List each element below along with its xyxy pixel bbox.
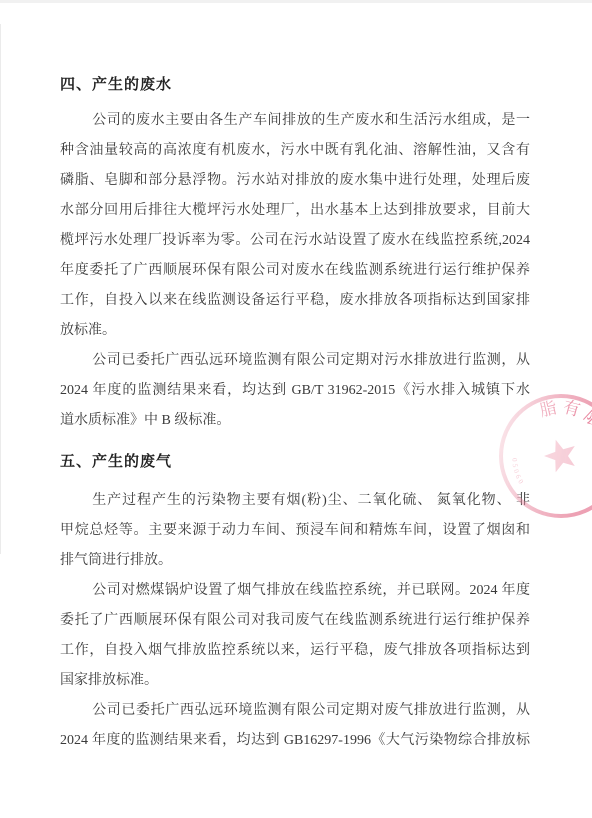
text-line: 种含油量较高的高浓度有机废水，污水中既有乳化油、溶解性油，又含有 <box>60 136 530 166</box>
document-page: 四、产生的废水 公司的废水主要由各生产车间排放的生产废水和生活污水组成，是一 种… <box>0 0 592 818</box>
paragraph-gas-1: 生产过程产生的污染物主要有烟(粉)尘、二氧化硫、 氮氧化物、 非 甲烷总烃等。主… <box>60 486 530 576</box>
paragraph-gas-2: 公司对燃煤锅炉设置了烟气排放在线监控系统，并已联网。2024 年度 委托了广西顺… <box>60 576 530 696</box>
text-line: 工作，自投入以来在线监测设备运行平稳，废水排放各项指标达到国家排 <box>60 286 530 316</box>
text-line: 甲烷总烃等。主要来源于动力车间、预浸车间和精炼车间，设置了烟囱和 <box>60 516 530 546</box>
paragraph-wastewater-1: 公司的废水主要由各生产车间排放的生产废水和生活污水组成，是一 种含油量较高的高浓… <box>60 106 530 346</box>
text-line: 磷脂、皂脚和部分悬浮物。污水站对排放的废水集中进行处理，处理后废 <box>60 166 530 196</box>
seal-company-text: 脂有限公司 <box>531 391 592 485</box>
text-line: 国家排放标准。 <box>60 666 530 696</box>
text-line: 工作，自投入烟气排放监控系统以来，运行平稳，废气排放各项指标达到 <box>60 636 530 666</box>
text-line: 水部分回用后排往大榄坪污水处理厂，出水基本上达到排放要求，目前大 <box>60 196 530 226</box>
company-seal: 脂有限公司 05060 <box>496 391 592 521</box>
text-line: 放标准。 <box>60 316 530 346</box>
paragraph-wastewater-2: 公司已委托广西弘远环境监测有限公司定期对污水排放进行监测，从 2024 年度的监… <box>60 346 530 436</box>
section-heading-exhaust-gas: 五、产生的废气 <box>60 447 530 477</box>
scan-artifact-left-edge <box>0 24 1 554</box>
paragraph-gas-3: 公司已委托广西弘远环境监测有限公司定期对废气排放进行监测，从 2024 年度的监… <box>60 696 530 756</box>
text-line: 公司的废水主要由各生产车间排放的生产废水和生活污水组成，是一 <box>60 106 530 136</box>
text-line: 排气筒进行排放。 <box>60 546 530 576</box>
text-line: 2024 年度的监测结果来看，均达到 GB/T 31962-2015《污水排入城… <box>60 376 530 406</box>
text-line: 公司已委托广西弘远环境监测有限公司定期对废气排放进行监测，从 <box>60 696 530 726</box>
document-body: 四、产生的废水 公司的废水主要由各生产车间排放的生产废水和生活污水组成，是一 种… <box>60 70 530 756</box>
star-icon <box>544 440 575 472</box>
text-line: 道水质标准》中 B 级标准。 <box>60 406 530 436</box>
section-heading-wastewater: 四、产生的废水 <box>60 70 530 100</box>
text-line: 公司已委托广西弘远环境监测有限公司定期对污水排放进行监测，从 <box>60 346 530 376</box>
text-line: 2024 年度的监测结果来看，均达到 GB16297-1996《大气污染物综合排… <box>60 726 530 756</box>
text-line: 榄坪污水处理厂投诉率为零。公司在污水站设置了废水在线监控系统,2024 <box>60 226 530 256</box>
text-line: 委托了广西顺展环保有限公司对我司废气在线监测系统进行运行维护保养 <box>60 606 530 636</box>
scan-artifact-top-edge <box>0 0 592 3</box>
text-line: 公司对燃煤锅炉设置了烟气排放在线监控系统，并已联网。2024 年度 <box>60 576 530 606</box>
text-line: 年度委托了广西顺展环保有限公司对废水在线监测系统进行运行维护保养 <box>60 256 530 286</box>
text-line: 生产过程产生的污染物主要有烟(粉)尘、二氧化硫、 氮氧化物、 非 <box>60 486 530 516</box>
